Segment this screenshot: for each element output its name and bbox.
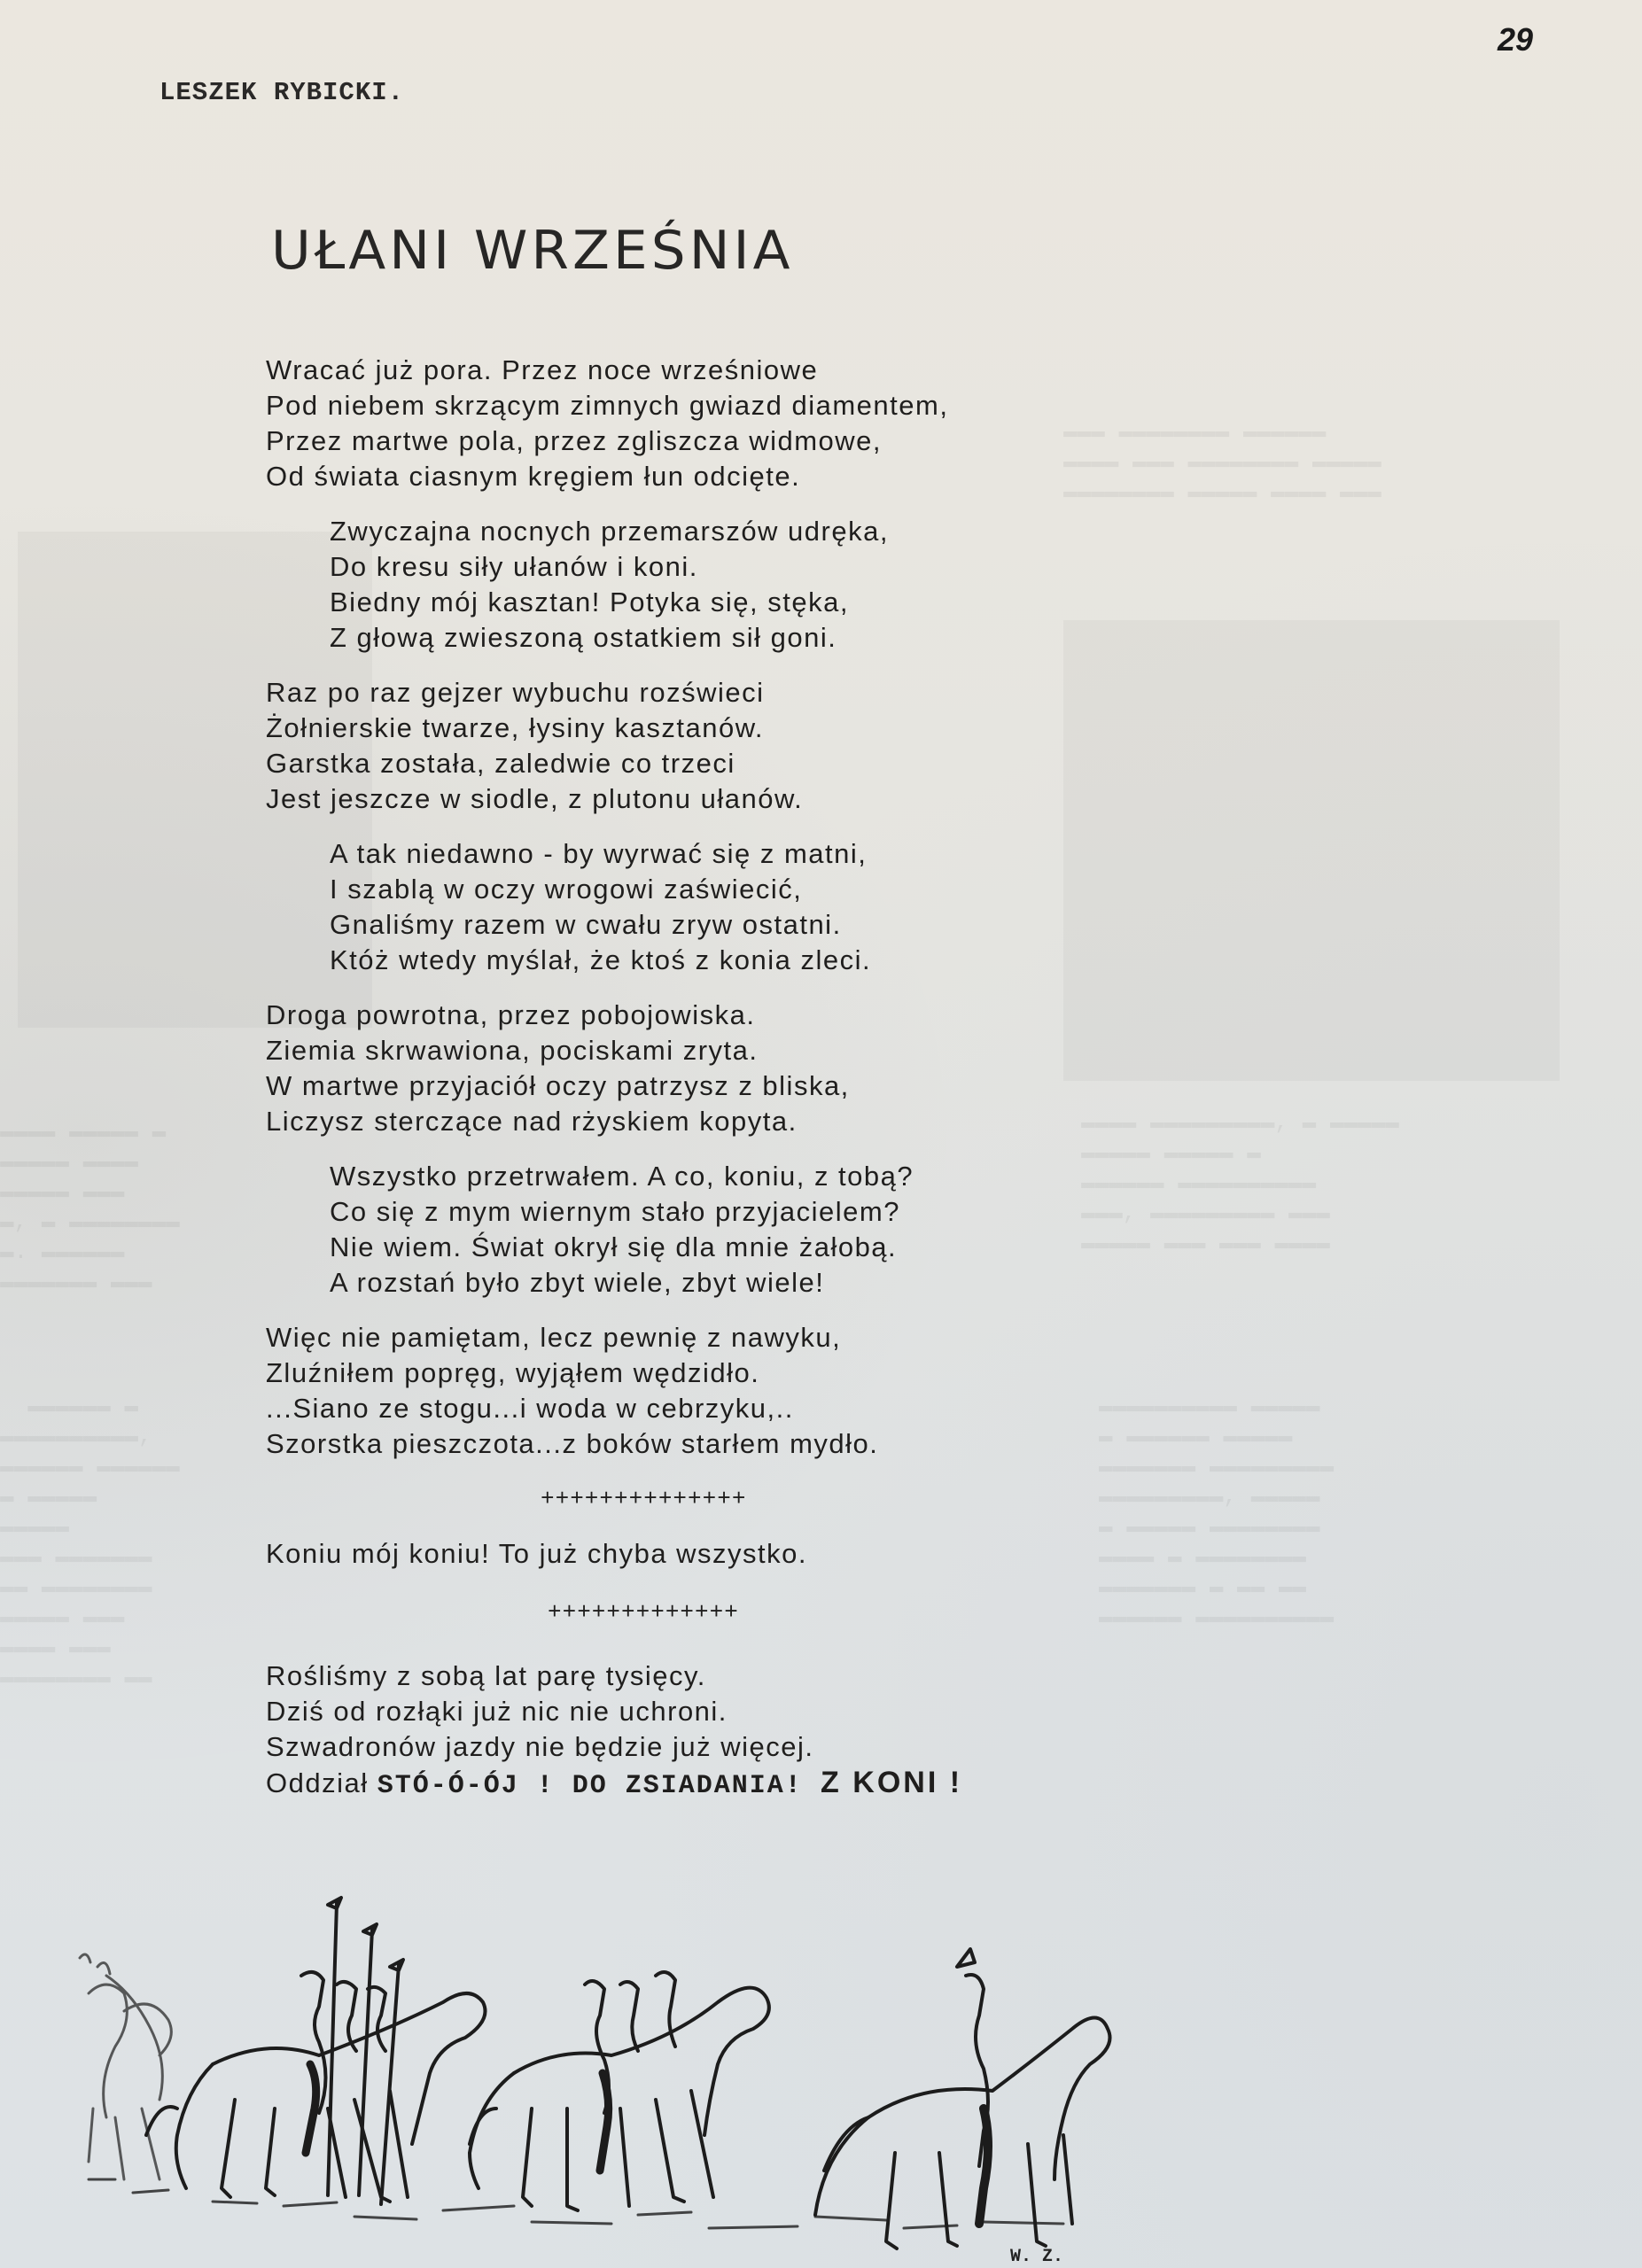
poem-line: I szablą w oczy wrogowi zaświecić, [330, 872, 1329, 907]
poem-stanzas: Wracać już pora. Przez noce wrześniowePo… [266, 353, 1329, 1462]
command-text: STÓ-Ó-ÓJ ! DO ZSIADANIA! [377, 1771, 803, 1801]
separator-ornament: ++++++++++++++ [541, 1481, 1329, 1517]
poem-line: ...Siano ze stogu...i woda w cebrzyku,.. [266, 1391, 1329, 1426]
stanza-2: Zwyczajna nocnych przemarszów udręka,Do … [266, 514, 1329, 656]
poem-line: Szwadronów jazdy nie będzie już więcej. [266, 1729, 1329, 1765]
poem-line: Wszystko przetrwałem. A co, koniu, z tob… [330, 1159, 1329, 1194]
illustration-signature: W. Z. [1010, 2247, 1063, 2267]
bleed-through-text: ▬▬▬▬▬▬ ▬ ▬▬▬▬▬▬▬▬▬▬, ▬▬▬▬▬▬ ▬▬▬▬▬▬ ▬ ▬▬▬… [0, 1391, 180, 1692]
poem-line: Żołnierskie twarze, łysiny kasztanów. [266, 711, 1329, 746]
poem-line: Garstka została, zaledwie co trzeci [266, 746, 1329, 781]
poem-body: Wracać już pora. Przez noce wrześniowePo… [266, 353, 1329, 1823]
poem-line: Biedny mój kasztan! Potyka się, stęka, [330, 585, 1329, 620]
poem-line: Liczysz sterczące nad rżyskiem kopyta. [266, 1104, 1329, 1139]
ground-lines [89, 2179, 1063, 2228]
bleed-through-text: ▬▬▬▬ ▬▬▬▬▬ ▬ ▬▬▬▬▬ ▬▬▬▬ ▬▬▬▬▬ ▬▬▬ ▬, ▬ ▬… [0, 1116, 180, 1297]
final-line-prefix: Oddział [266, 1767, 369, 1798]
poem-line: Jest jeszcze w siodle, z plutonu ułanów. [266, 781, 1329, 817]
separator-ornament: +++++++++++++ [548, 1595, 1329, 1630]
stanza-3: Raz po raz gejzer wybuchu rozświeciŻołni… [266, 675, 1329, 817]
refrain-line: Koniu mój koniu! To już chyba wszystko. [266, 1536, 1329, 1572]
poem-line: Co się z mym wiernym stało przyjacielem? [330, 1194, 1329, 1230]
stanza-4: A tak niedawno - by wyrwać się z matni,I… [266, 836, 1329, 978]
poem-line: Wracać już pora. Przez noce wrześniowe [266, 353, 1329, 388]
poem-line: Dziś od rozłąki już nic nie uchroni. [266, 1694, 1329, 1729]
poem-line: Do kresu siły ułanów i koni. [330, 549, 1329, 585]
poem-line: Więc nie pamiętam, lecz pewnię z nawyku, [266, 1320, 1329, 1355]
poem-line: Raz po raz gejzer wybuchu rozświeci [266, 675, 1329, 711]
poem-line: Któż wtedy myślał, że ktoś z konia zleci… [330, 943, 1329, 978]
poem-line: Pod niebem skrzącym zimnych gwiazd diame… [266, 388, 1329, 423]
rider-officer [815, 1949, 1110, 2249]
author-name: LESZEK RYBICKI. [160, 78, 404, 107]
stanza-6: Wszystko przetrwałem. A co, koniu, z tob… [266, 1159, 1329, 1301]
poem-line-final: Oddział STÓ-Ó-ÓJ ! DO ZSIADANIA! Z KONI … [266, 1765, 1329, 1804]
poem-line: Gnaliśmy razem w cwału zryw ostatni. [330, 907, 1329, 943]
poem-line: Droga powrotna, przez pobojowiska. [266, 998, 1329, 1033]
command-text-large: Z KONI ! [821, 1766, 962, 1799]
stanza-1: Wracać już pora. Przez noce wrześniowePo… [266, 353, 1329, 494]
poem-title: UŁANI WRZEŚNIA [271, 220, 794, 282]
lancers-illustration [71, 1887, 1134, 2268]
stanza-7: Więc nie pamiętam, lecz pewnię z nawyku,… [266, 1320, 1329, 1462]
stanza-5: Droga powrotna, przez pobojowiska.Ziemia… [266, 998, 1329, 1139]
poem-line: Z głową zwieszoną ostatkiem sił goni. [330, 620, 1329, 656]
rider-group-lancers-2 [470, 1972, 769, 2210]
rider-group-left [80, 1954, 171, 2179]
poem-line: W martwe przyjaciół oczy patrzysz z blis… [266, 1068, 1329, 1104]
poem-line: Szorstka pieszczota...z boków starłem my… [266, 1426, 1329, 1462]
poem-line: Przez martwe pola, przez zgliszcza widmo… [266, 423, 1329, 459]
poem-line: Od świata ciasnym kręgiem łun odcięte. [266, 459, 1329, 494]
poem-line: Rośliśmy z sobą lat parę tysięcy. [266, 1658, 1329, 1694]
poem-line: Nie wiem. Świat okrył się dla mnie żałob… [330, 1230, 1329, 1265]
stanza-final: Rośliśmy z sobą lat parę tysięcy. Dziś o… [266, 1658, 1329, 1804]
poem-line: A tak niedawno - by wyrwać się z matni, [330, 836, 1329, 872]
rider-group-lancers-1 [146, 1898, 486, 2204]
page-number: 29 [1498, 21, 1533, 58]
poem-line: Ziemia skrwawiona, pociskami zryta. [266, 1033, 1329, 1068]
poem-line: Zluźniłem popręg, wyjąłem wędzidło. [266, 1355, 1329, 1391]
poem-line: A rozstań było zbyt wiele, zbyt wiele! [330, 1265, 1329, 1301]
poem-line: Zwyczajna nocnych przemarszów udręka, [330, 514, 1329, 549]
